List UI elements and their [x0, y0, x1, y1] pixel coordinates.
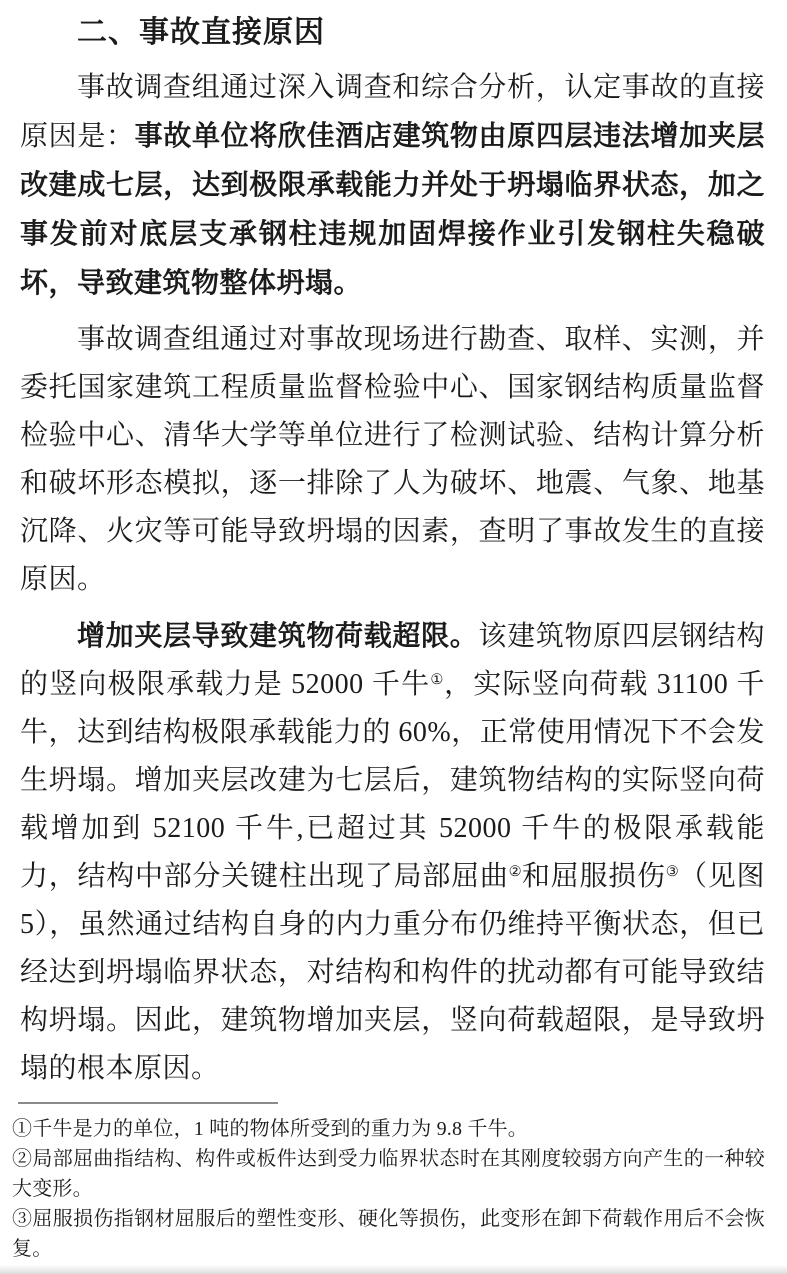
overload-text-2: ，实际竖向荷载 31100 千牛，达到结构极限承载能力的 60%，正常使用情况下… — [20, 669, 765, 892]
footnote-ref-1: ① — [430, 672, 444, 688]
paragraph-investigation-methods: 事故调查组通过对事故现场进行勘查、取样、实测，并委托国家建筑工程质量监督检验中心… — [20, 316, 765, 604]
overload-text-3: 和屈服损伤 — [522, 861, 666, 892]
scan-edge-shadow — [0, 1265, 787, 1274]
overload-text-4: （见图 5），虽然通过结构自身的内力重分布仍维持平衡状态，但已经达到坍塌临界状态… — [20, 861, 765, 1084]
paragraph-direct-cause: 事故调查组通过深入调查和综合分析，认定事故的直接原因是：事故单位将欣佳酒店建筑物… — [20, 64, 765, 308]
footnote-3: ③屈服损伤指钢材屈服后的塑性变形、硬化等损伤，此变形在卸下荷载作用后不会恢复。 — [12, 1204, 765, 1264]
footnote-divider — [18, 1102, 278, 1104]
footnote-2: ②局部屈曲指结构、构件或板件达到受力临界状态时在其刚度较弱方向产生的一种较大变形… — [12, 1144, 765, 1204]
footnotes-section: ①千牛是力的单位，1 吨的物体所受到的重力为 9.8 千牛。 ②局部屈曲指结构、… — [12, 1098, 765, 1264]
document-page: 二、事故直接原因 事故调查组通过深入调查和综合分析，认定事故的直接原因是：事故单… — [0, 0, 787, 1274]
footnote-ref-2: ② — [509, 864, 522, 880]
section-heading: 二、事故直接原因 — [20, 10, 765, 56]
footnote-1: ①千牛是力的单位，1 吨的物体所受到的重力为 9.8 千牛。 — [12, 1114, 765, 1144]
overload-bold-lead: 增加夹层导致建筑物荷载超限。 — [77, 620, 478, 651]
footnote-ref-3: ③ — [666, 864, 679, 880]
paragraph-overload-analysis: 增加夹层导致建筑物荷载超限。该建筑物原四层钢结构的竖向极限承载力是 52000 … — [20, 612, 765, 1093]
